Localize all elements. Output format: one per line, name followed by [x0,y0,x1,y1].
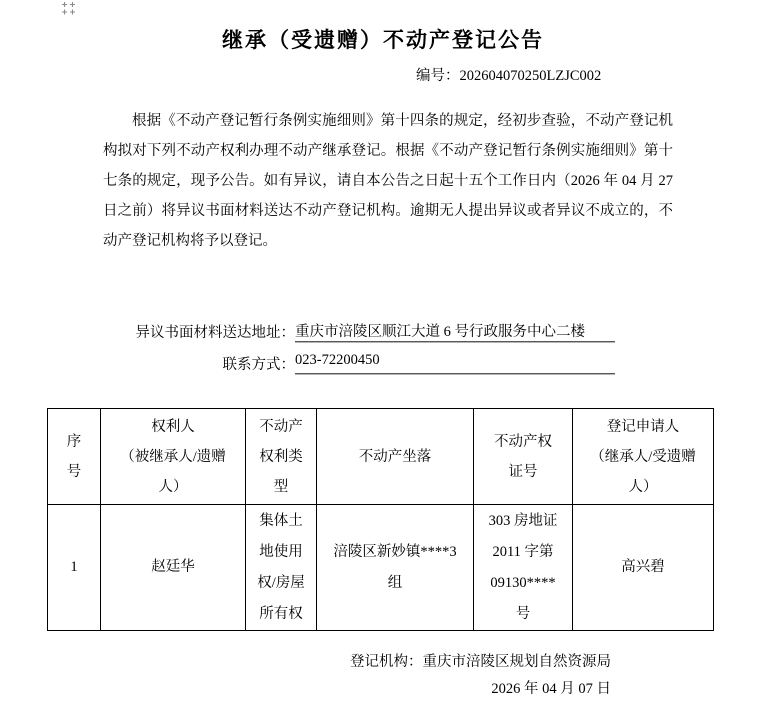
notice-body-paragraph: 根据《不动产登记暂行条例实施细则》第十四条的规定，经初步查验，不动产登记机构拟对… [103,106,673,256]
cell-applicant: 高兴碧 [573,505,714,631]
doc-number-value: 202604070250LZJC002 [460,68,602,84]
cell-right-type: 集体土地使用权/房屋所有权 [246,505,317,631]
table-header-row: 序号 权利人 （被继承人/遗赠人） 不动产 权利类型 不动产坐落 不动产权 证号… [48,409,714,505]
notice-title: 继承（受遗赠）不动产登记公告 [0,24,766,54]
cell-seq: 1 [48,505,101,631]
contact-value: 023-72200450 [295,352,615,374]
notice-document-page: 继承（受遗赠）不动产登记公告 编号：202604070250LZJC002 根据… [0,0,766,724]
contact-line: 联系方式：023-72200450 [119,352,615,373]
dots-grid-icon[interactable] [62,2,76,15]
address-label: 异议书面材料送达地址： [119,321,295,342]
col-header-location: 不动产坐落 [317,409,474,505]
cell-holder: 赵廷华 [101,505,246,631]
address-value: 重庆市涪陵区顺江大道 6 号行政服务中心二楼 [295,320,615,342]
col-header-holder: 权利人 （被继承人/遗赠人） [101,409,246,505]
registration-table: 序号 权利人 （被继承人/遗赠人） 不动产 权利类型 不动产坐落 不动产权 证号… [47,408,714,631]
footer: 登记机构：重庆市涪陵区规划自然资源局 2026 年 04 月 07 日 [350,649,611,703]
col-header-cert-no: 不动产权 证号 [474,409,573,505]
contact-label: 联系方式： [119,353,295,374]
notice-date: 2026 年 04 月 07 日 [350,676,611,703]
registry-label: 登记机构： [350,654,423,670]
registry-value: 重庆市涪陵区规划自然资源局 [423,654,612,670]
col-header-applicant: 登记申请人 （继承人/受遗赠人） [573,409,714,505]
col-header-right-type: 不动产 权利类型 [246,409,317,505]
col-header-seq: 序号 [48,409,101,505]
cell-location: 涪陵区新妙镇****3组 [317,505,474,631]
table-row: 1 赵廷华 集体土地使用权/房屋所有权 涪陵区新妙镇****3组 303 房地证… [48,505,714,631]
registry-line: 登记机构：重庆市涪陵区规划自然资源局 [350,649,611,676]
cell-cert-no: 303 房地证 2011 字第 09130****号 [474,505,573,631]
doc-number-label: 编号： [416,68,460,84]
address-line: 异议书面材料送达地址：重庆市涪陵区顺江大道 6 号行政服务中心二楼 [119,320,615,341]
doc-number-line: 编号：202604070250LZJC002 [416,64,601,85]
